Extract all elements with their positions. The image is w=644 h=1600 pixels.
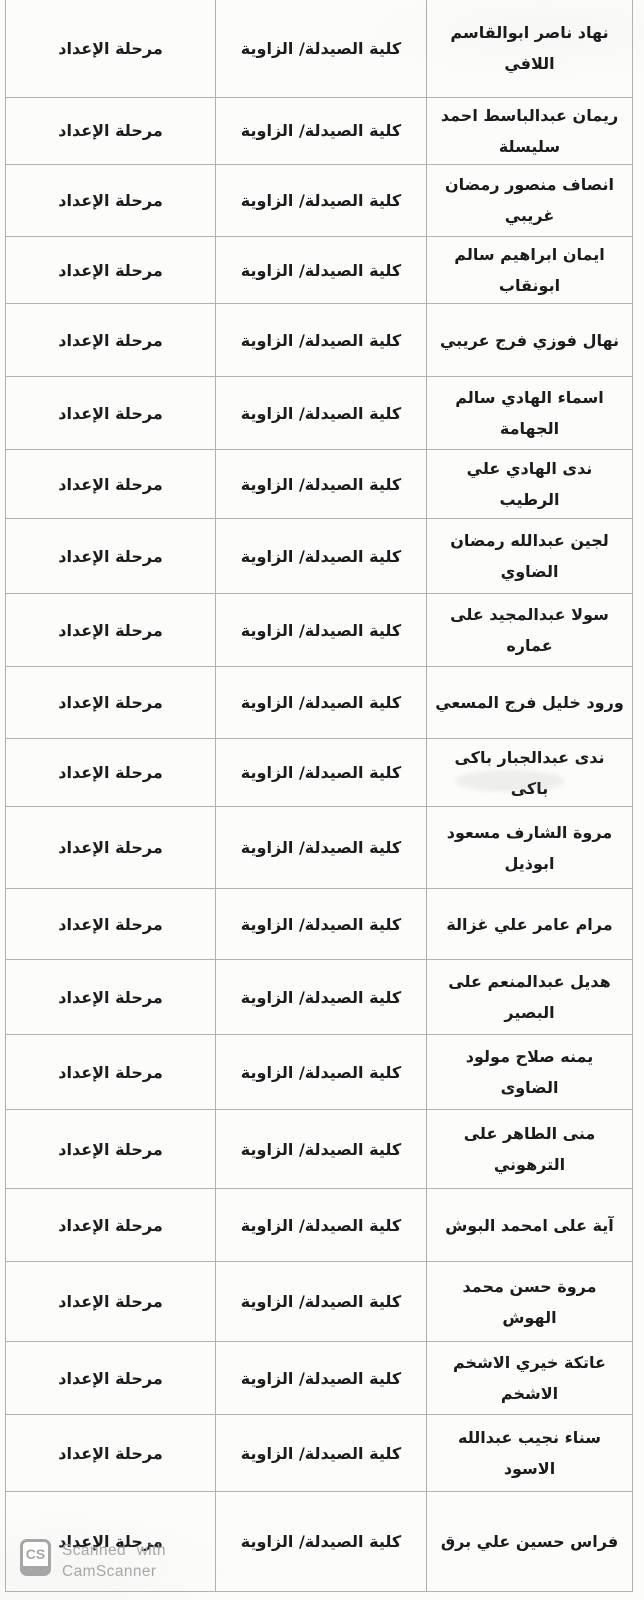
table-row: نهال فوزي فرج عريبي كلية الصيدلة/ الزاوي… [6, 304, 633, 377]
stage-cell: مرحلة الإعداد [6, 97, 216, 164]
watermark-line1: Scanned with [62, 1541, 166, 1562]
table-row: هديل عبدالمنعم على البصير كلية الصيدلة/ … [6, 960, 633, 1035]
stage-cell: مرحلة الإعداد [6, 807, 216, 889]
table-row: ريمان عبدالباسط احمد سليسلة كلية الصيدلة… [6, 97, 633, 164]
student-name-cell: اسماء الهادي سالم الجهامة [427, 377, 633, 450]
student-name-cell: ايمان ابراهيم سالم ابونقاب [427, 236, 633, 303]
stage-cell: مرحلة الإعداد [6, 1110, 216, 1189]
faculty-cell: كلية الصيدلة/ الزاوية [216, 304, 427, 377]
stage-cell: مرحلة الإعداد [6, 1189, 216, 1262]
faculty-cell: كلية الصيدلة/ الزاوية [216, 960, 427, 1035]
faculty-cell: كلية الصيدلة/ الزاوية [216, 1110, 427, 1189]
table-row: سولا عبدالمجيد على عماره كلية الصيدلة/ ا… [6, 594, 633, 667]
stage-cell: مرحلة الإعداد [6, 519, 216, 594]
table-row: ايمان ابراهيم سالم ابونقاب كلية الصيدلة/… [6, 236, 633, 303]
stage-cell: مرحلة الإعداد [6, 1035, 216, 1110]
table-row: عاتكة خيري الاشخم الاشخم كلية الصيدلة/ ا… [6, 1342, 633, 1415]
student-name-cell: ورود خليل فرج المسعي [427, 667, 633, 739]
student-name-cell: سولا عبدالمجيد على عماره [427, 594, 633, 667]
table-row: مروة حسن محمد الهوش كلية الصيدلة/ الزاوي… [6, 1262, 633, 1342]
stage-cell: مرحلة الإعداد [6, 739, 216, 807]
table-row: ورود خليل فرج المسعي كلية الصيدلة/ الزاو… [6, 667, 633, 739]
faculty-cell: كلية الصيدلة/ الزاوية [216, 594, 427, 667]
student-name-cell: سناء نجيب عبدالله الاسود [427, 1415, 633, 1492]
table-row: لجين عبدالله رمضان الضاوي كلية الصيدلة/ … [6, 519, 633, 594]
student-name-cell: لجين عبدالله رمضان الضاوي [427, 519, 633, 594]
student-name-cell: ندى الهادي علي الرطيب [427, 450, 633, 519]
stage-cell: مرحلة الإعداد [6, 1342, 216, 1415]
table-row: سناء نجيب عبدالله الاسود كلية الصيدلة/ ا… [6, 1415, 633, 1492]
student-name-cell: مروة حسن محمد الهوش [427, 1262, 633, 1342]
student-name-cell: مرام عامر علي غزالة [427, 889, 633, 960]
faculty-cell: كلية الصيدلة/ الزاوية [216, 0, 427, 97]
stage-cell: مرحلة الإعداد [6, 960, 216, 1035]
faculty-cell: كلية الصيدلة/ الزاوية [216, 1342, 427, 1415]
camscanner-watermark: CS Scanned with CamScanner [20, 1539, 166, 1583]
stage-cell: مرحلة الإعداد [6, 304, 216, 377]
student-name-cell: آية على امحمد البوش [427, 1189, 633, 1262]
table-row: اسماء الهادي سالم الجهامة كلية الصيدلة/ … [6, 377, 633, 450]
student-name-cell: منى الطاهر على الترهوني [427, 1110, 633, 1189]
table-row: آية على امحمد البوش كلية الصيدلة/ الزاوي… [6, 1189, 633, 1262]
student-name-cell: يمنه صلاح مولود الضاوى [427, 1035, 633, 1110]
table-row: منى الطاهر على الترهوني كلية الصيدلة/ ال… [6, 1110, 633, 1189]
watermark-line2: CamScanner [62, 1562, 166, 1583]
student-name-cell: انصاف منصور رمضان غريبي [427, 164, 633, 236]
faculty-cell: كلية الصيدلة/ الزاوية [216, 377, 427, 450]
faculty-cell: كلية الصيدلة/ الزاوية [216, 1189, 427, 1262]
stage-cell: مرحلة الإعداد [6, 0, 216, 97]
stage-cell: مرحلة الإعداد [6, 889, 216, 960]
stage-cell: مرحلة الإعداد [6, 236, 216, 303]
faculty-cell: كلية الصيدلة/ الزاوية [216, 450, 427, 519]
student-name-cell: عاتكة خيري الاشخم الاشخم [427, 1342, 633, 1415]
table-row: يمنه صلاح مولود الضاوى كلية الصيدلة/ الز… [6, 1035, 633, 1110]
stage-cell: مرحلة الإعداد [6, 164, 216, 236]
scan-smudge [455, 770, 565, 792]
faculty-cell: كلية الصيدلة/ الزاوية [216, 1035, 427, 1110]
student-name-cell: نهاد ناصر ابوالقاسم اللافي [427, 0, 633, 97]
faculty-cell: كلية الصيدلة/ الزاوية [216, 519, 427, 594]
faculty-cell: كلية الصيدلة/ الزاوية [216, 807, 427, 889]
watermark-text: Scanned with CamScanner [62, 1539, 166, 1583]
stage-cell: مرحلة الإعداد [6, 1262, 216, 1342]
student-name-cell: ريمان عبدالباسط احمد سليسلة [427, 97, 633, 164]
student-name-cell: فراس حسين علي برق [427, 1492, 633, 1592]
student-name-cell: هديل عبدالمنعم على البصير [427, 960, 633, 1035]
faculty-cell: كلية الصيدلة/ الزاوية [216, 1415, 427, 1492]
stage-cell: مرحلة الإعداد [6, 594, 216, 667]
stage-cell: مرحلة الإعداد [6, 377, 216, 450]
table-row: نهاد ناصر ابوالقاسم اللافي كلية الصيدلة/… [6, 0, 633, 97]
table-row: مرام عامر علي غزالة كلية الصيدلة/ الزاوي… [6, 889, 633, 960]
faculty-cell: كلية الصيدلة/ الزاوية [216, 1492, 427, 1592]
stage-cell: مرحلة الإعداد [6, 1415, 216, 1492]
faculty-cell: كلية الصيدلة/ الزاوية [216, 1262, 427, 1342]
students-table: نهاد ناصر ابوالقاسم اللافي كلية الصيدلة/… [5, 0, 633, 1592]
student-name-cell: نهال فوزي فرج عريبي [427, 304, 633, 377]
faculty-cell: كلية الصيدلة/ الزاوية [216, 739, 427, 807]
faculty-cell: كلية الصيدلة/ الزاوية [216, 97, 427, 164]
table-row: انصاف منصور رمضان غريبي كلية الصيدلة/ ال… [6, 164, 633, 236]
camscanner-logo-icon: CS [20, 1539, 51, 1576]
table-row: ندى الهادي علي الرطيب كلية الصيدلة/ الزا… [6, 450, 633, 519]
faculty-cell: كلية الصيدلة/ الزاوية [216, 889, 427, 960]
faculty-cell: كلية الصيدلة/ الزاوية [216, 667, 427, 739]
faculty-cell: كلية الصيدلة/ الزاوية [216, 236, 427, 303]
scanned-document-page: نهاد ناصر ابوالقاسم اللافي كلية الصيدلة/… [0, 0, 644, 1600]
stage-cell: مرحلة الإعداد [6, 450, 216, 519]
faculty-cell: كلية الصيدلة/ الزاوية [216, 164, 427, 236]
stage-cell: مرحلة الإعداد [6, 667, 216, 739]
student-name-cell: مروة الشارف مسعود ابوذيل [427, 807, 633, 889]
table-row: مروة الشارف مسعود ابوذيل كلية الصيدلة/ ا… [6, 807, 633, 889]
